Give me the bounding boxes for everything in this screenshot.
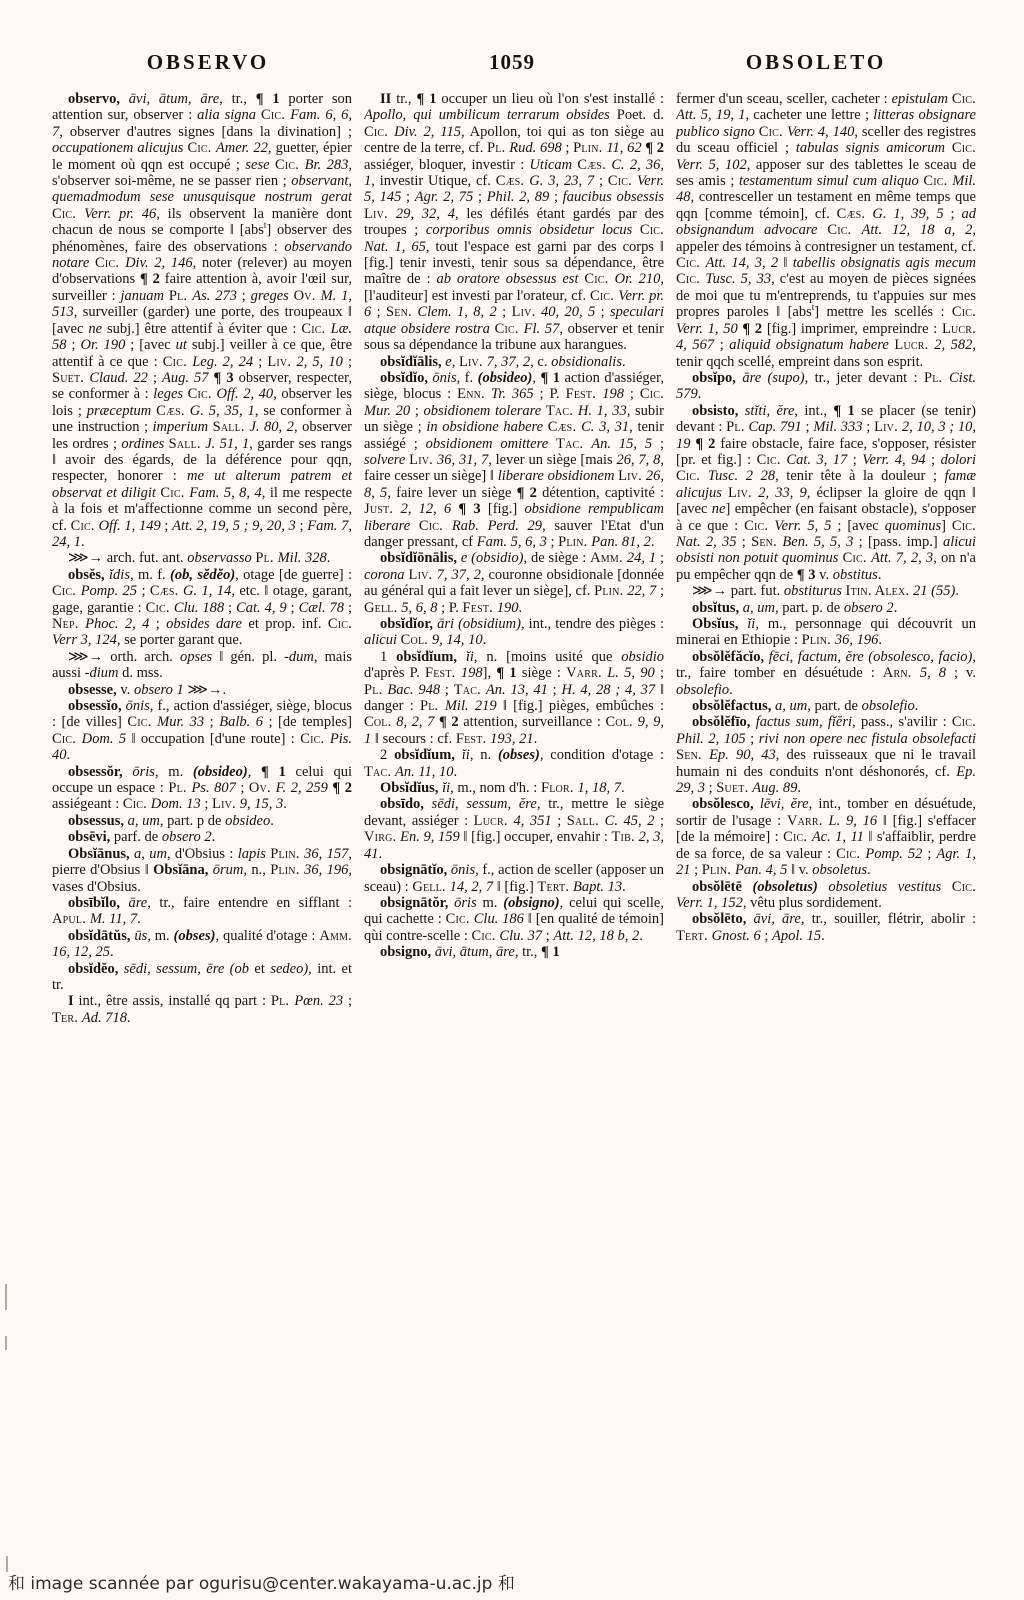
- text-segment: liberare obsidionem: [498, 468, 618, 484]
- text-segment: Sall.: [169, 436, 206, 452]
- text-segment: assiéger, bloquer, investir :: [364, 157, 529, 173]
- text-segment: Pl.: [255, 550, 277, 566]
- text-segment: obsĭtus,: [692, 600, 743, 616]
- text-segment: Nat. 2, 35: [676, 534, 737, 550]
- text-segment: .: [137, 911, 141, 927]
- text-segment: Verr. 4, 94: [862, 452, 925, 468]
- text-segment: , d'Obsius :: [167, 846, 238, 862]
- text-segment: obstiturus: [784, 583, 846, 599]
- text-segment: āri (obsidium): [437, 616, 521, 632]
- text-segment: obsolefio: [862, 698, 915, 714]
- text-segment: Cic.: [827, 222, 861, 238]
- text-segment: Uticam: [529, 157, 577, 173]
- text-segment: obsero 2: [844, 600, 894, 616]
- text-segment: Pl.: [726, 419, 748, 435]
- text-segment: 21 (55): [913, 583, 955, 599]
- text-segment: Pl.: [364, 682, 387, 698]
- text-segment: An. 13, 41: [486, 682, 548, 698]
- dictionary-entry: obsĕs, ĭdis, m. f. (ob, sĕdĕo), otage [d…: [52, 567, 352, 649]
- text-segment: ; P.: [438, 600, 463, 616]
- text-segment: [fig.]: [488, 501, 525, 517]
- text-segment: Mur. 33: [157, 714, 204, 730]
- text-segment: 7, 37, 2: [487, 354, 531, 370]
- text-segment: sēdi, sessum, ĕre: [432, 796, 537, 812]
- dictionary-entry: Obsĭānus, a, um, d'Obsius : lapis Plin. …: [52, 846, 352, 895]
- text-segment: ; [avec: [831, 518, 884, 534]
- dictionary-entry: ⋙→ arch. fut. ant. observasso Pl. Mil. 3…: [52, 550, 352, 566]
- text-segment: Apollo, qui umbilicum terrarum obsides: [364, 107, 610, 123]
- dictionary-entry: obsigno, āvi, ātum, āre, tr., ¶ 1: [364, 944, 664, 960]
- text-segment: ;: [236, 780, 249, 796]
- text-segment: obsisto,: [692, 403, 745, 419]
- text-segment: An. 11, 10: [395, 764, 454, 780]
- text-segment: Verr. 5, 102: [676, 157, 747, 173]
- text-segment: .: [878, 632, 882, 648]
- text-segment: ;: [746, 731, 759, 747]
- text-segment: Cic.: [584, 271, 614, 287]
- text-segment: obsideo: [225, 813, 270, 829]
- dictionary-entry: fermer d'un sceau, sceller, cacheter : e…: [676, 91, 976, 370]
- text-segment: obsĭpo,: [692, 370, 742, 386]
- text-segment: Lucr.: [474, 813, 514, 829]
- text-segment: Mil. 333: [813, 419, 862, 435]
- text-segment: Liv.: [409, 567, 437, 583]
- text-segment: Apul.: [52, 911, 90, 927]
- text-segment: obsĭdĭōnālis,: [380, 550, 461, 566]
- text-segment: ;: [547, 534, 558, 550]
- text-segment: occuper un lieu où l'on s'est installé :: [441, 91, 664, 107]
- text-segment: , part. p. de: [775, 600, 844, 616]
- dictionary-entry: obsignātŏr, ōris m. (obsigno), celui qui…: [364, 895, 664, 944]
- text-segment: ;: [926, 452, 941, 468]
- text-segment: .: [622, 879, 626, 895]
- text-segment: obsĭdĭor,: [380, 616, 437, 632]
- text-segment: ¶ 1: [833, 403, 861, 419]
- text-segment: ; [avec: [125, 337, 175, 353]
- dictionary-entry: obsĭdĭōnālis, e (obsidio), de siège : Am…: [364, 550, 664, 616]
- text-segment: -dum: [284, 649, 314, 665]
- text-segment: , otage [de guerre] :: [235, 567, 352, 583]
- text-segment: ¶ 3: [458, 501, 487, 517]
- text-segment: Balb. 6: [219, 714, 263, 730]
- text-segment: 36, 157: [304, 846, 348, 862]
- text-segment: L. 9, 16: [829, 813, 878, 829]
- text-segment: Tac.: [364, 764, 395, 780]
- text-segment: Liv.: [409, 452, 437, 468]
- text-segment: Pl.: [487, 140, 509, 156]
- text-segment: .: [639, 928, 643, 944]
- text-segment: , part. p de: [160, 813, 225, 829]
- text-segment: Rab. Perd. 29: [452, 518, 542, 534]
- text-segment: G. 1, 14: [183, 583, 231, 599]
- text-segment: ;: [253, 354, 267, 370]
- text-segment: Sall.: [567, 813, 605, 829]
- text-segment: Cic.: [328, 616, 352, 632]
- scan-artifact: [6, 1556, 8, 1572]
- text-segment: ōrum: [213, 862, 244, 878]
- text-segment: Cic.: [52, 206, 84, 222]
- text-segment: ;: [691, 862, 702, 878]
- text-segment: En. 9, 159: [400, 829, 460, 845]
- text-segment: Liv.: [874, 419, 902, 435]
- text-segment: Pl.: [168, 780, 191, 796]
- text-segment: fermer d'un sceau, sceller, cacheter :: [676, 91, 892, 107]
- text-segment: Cic.: [364, 124, 394, 140]
- text-segment: 2: [380, 747, 394, 763]
- text-segment: .: [915, 698, 919, 714]
- text-segment: Fest.: [566, 386, 603, 402]
- text-segment: observo,: [68, 91, 129, 107]
- text-segment: Cic.: [446, 911, 474, 927]
- text-segment: , cacheter une lettre ;: [745, 107, 873, 123]
- text-segment: ‖ [fig.]: [493, 879, 537, 895]
- text-segment: Tac.: [546, 403, 578, 419]
- text-segment: d. mss.: [118, 665, 162, 681]
- text-segment: Plin.: [558, 534, 591, 550]
- text-segment: Cic.: [952, 140, 976, 156]
- text-segment: .: [821, 928, 825, 944]
- text-segment: obsĭdĭum,: [394, 747, 462, 763]
- text-segment: obsŏlĕfactus,: [692, 698, 775, 714]
- text-segment: Fam. 5, 8, 4: [189, 485, 262, 501]
- text-segment: Cic.: [608, 173, 637, 189]
- text-segment: , qualité d'otage :: [215, 928, 319, 944]
- text-segment: ;: [802, 419, 814, 435]
- text-segment: ⋙→.: [184, 682, 226, 698]
- dictionary-entry: obsŏlĕfīo, factus sum, fĭĕri, pass., s'a…: [676, 714, 976, 796]
- text-segment: Tert.: [537, 879, 573, 895]
- text-segment: , se porter garant que.: [117, 632, 243, 648]
- text-segment: v.: [117, 682, 134, 698]
- text-segment: 16, 12, 25: [52, 944, 110, 960]
- text-segment: Or. 190: [80, 337, 125, 353]
- dictionary-entry: obsesse, v. obsero 1 ⋙→.: [52, 682, 352, 698]
- text-segment: Clu. 37: [499, 928, 542, 944]
- text-segment: ‖ occupation [d'une route] :: [126, 731, 300, 747]
- text-segment: sedeo): [270, 961, 308, 977]
- text-segment: Cap. 791: [749, 419, 802, 435]
- dictionary-entry: II tr., ¶ 1 occuper un lieu où l'on s'es…: [364, 91, 664, 354]
- text-segment: 22, 7: [627, 583, 656, 599]
- text-segment: subj.] être attentif à éviter que :: [102, 321, 301, 337]
- text-segment: Cæs.: [150, 583, 183, 599]
- text-segment: ¶ 2: [140, 271, 165, 287]
- text-segment: ⋙→ orth. arch.: [68, 649, 180, 665]
- dictionary-entry: ⋙→ part. fut. obstiturus Itin. Alex. 21 …: [676, 583, 976, 599]
- text-segment: .: [698, 386, 702, 402]
- text-segment: , tr., souiller, flétrir, abolir :: [801, 911, 976, 927]
- text-segment: Pan. 81, 2: [591, 534, 651, 550]
- text-segment: Cic.: [163, 354, 192, 370]
- text-segment: obsessĭo,: [68, 698, 126, 714]
- text-segment: ne: [88, 321, 102, 337]
- text-segment: ;: [652, 436, 664, 452]
- text-segment: obsībĭlo,: [68, 895, 128, 911]
- text-segment: āvi, ātum, āre: [435, 944, 515, 960]
- dictionary-entry: obsŏlesco, lēvi, ĕre, int., tomber en dé…: [676, 796, 976, 878]
- text-segment: ;: [552, 813, 567, 829]
- text-segment: ;: [656, 583, 664, 599]
- text-segment: obsidionalis: [551, 354, 622, 370]
- text-segment: ,: [248, 764, 261, 780]
- text-segment: ordines: [121, 436, 168, 452]
- text-segment: , condition d'otage :: [540, 747, 664, 763]
- text-segment: Col.: [605, 714, 637, 730]
- text-segment: Cic.: [123, 796, 151, 812]
- text-segment: Cic.: [301, 321, 330, 337]
- text-segment: Plin.: [702, 862, 735, 878]
- text-segment: ¶ 2: [645, 140, 664, 156]
- text-segment: Rud. 698: [509, 140, 561, 156]
- text-segment: Fl. 57: [524, 321, 560, 337]
- text-segment: Dom. 13: [151, 796, 201, 812]
- text-segment: Obsĭdĭus,: [380, 780, 442, 796]
- text-segment: greges: [251, 288, 294, 304]
- text-segment: Varr.: [787, 813, 829, 829]
- text-segment: G. 1, 39, 5: [872, 206, 943, 222]
- text-segment: Mil. 219: [445, 698, 497, 714]
- text-segment: ;: [562, 140, 573, 156]
- text-segment: Phil. 2, 105: [676, 731, 746, 747]
- text-segment: Div. 2, 146: [125, 255, 193, 271]
- text-segment: Liv.: [618, 468, 646, 484]
- text-segment: alia signa: [197, 107, 261, 123]
- text-segment: 190: [497, 600, 519, 616]
- text-segment: 4, 567: [676, 337, 714, 353]
- text-segment: Cic.: [419, 518, 452, 534]
- text-segment: ;: [410, 403, 423, 419]
- text-segment: Pomp. 25: [81, 583, 137, 599]
- text-segment: Att. 5, 19, 1: [676, 107, 745, 123]
- text-segment: ‖ secours : cf.: [371, 731, 456, 747]
- text-segment: , observer d'autres signes [dans la divi…: [59, 124, 352, 140]
- text-segment: 193, 21: [490, 731, 534, 747]
- text-segment: lēvi, ĕre: [760, 796, 809, 812]
- text-segment: , faire lever un siège: [387, 485, 516, 501]
- text-segment: Ov.: [294, 288, 321, 304]
- text-segment: obsĭdĭo,: [380, 370, 432, 386]
- text-segment: obsero 2: [162, 829, 212, 845]
- dictionary-entry: obsisto, stĭti, ĕre, int., ¶ 1 se placer…: [676, 403, 976, 583]
- text-segment: 1, 18, 7: [577, 780, 621, 796]
- text-segment: J. 80, 2: [249, 419, 293, 435]
- scan-artifact: [5, 1284, 7, 1310]
- text-segment: Cic.: [640, 386, 664, 402]
- text-segment: int., être assis, installé qq part :: [74, 993, 271, 1009]
- text-segment: ;: [224, 600, 236, 616]
- text-segment: (obses): [498, 747, 540, 763]
- text-segment: ‖: [778, 255, 793, 271]
- text-segment: Fest.: [463, 600, 497, 616]
- text-segment: ;: [654, 813, 664, 829]
- text-segment: Cic.: [275, 157, 305, 173]
- dictionary-entry: obsĭpo, āre (supo), tr., jeter devant : …: [676, 370, 976, 403]
- text-segment: 11, 62: [606, 140, 641, 156]
- text-segment: obsĭdĕo,: [68, 961, 124, 977]
- text-segment: , m. f.: [130, 567, 170, 583]
- text-segment: 198: [602, 386, 624, 402]
- text-segment: Or. 210: [615, 271, 661, 287]
- text-segment: Tac.: [454, 682, 486, 698]
- text-segment: ‖ v.: [787, 862, 812, 878]
- text-segment: ūs: [134, 928, 147, 944]
- text-segment: ut: [176, 337, 187, 353]
- text-segment: ;: [344, 600, 352, 616]
- text-segment: ¶ 2: [695, 436, 720, 452]
- dictionary-entry: obsessŏr, ōris, m. (obsideo), ¶ 1 celui …: [52, 764, 352, 813]
- text-segment: Clu. 186: [474, 911, 524, 927]
- page-header: OBSERVO 1059 OBSOLETO: [0, 0, 1024, 75]
- text-segment: , int.,: [794, 403, 833, 419]
- text-segment: Tr. 365: [491, 386, 534, 402]
- text-segment: attention, surveillance :: [463, 714, 605, 730]
- text-segment: faucibus obsessis: [563, 189, 664, 205]
- text-segment: ;: [549, 189, 562, 205]
- text-segment: Poet. d.: [610, 107, 664, 123]
- text-segment: , part. de: [807, 698, 861, 714]
- text-segment: obsĭdĭum,: [396, 649, 466, 665]
- text-segment: , tr.,: [515, 944, 541, 960]
- text-segment: Cic.: [52, 731, 82, 747]
- text-segment: obsoletus: [812, 862, 867, 878]
- text-segment: tabulas signis amicorum: [796, 140, 952, 156]
- text-segment: ;: [847, 452, 862, 468]
- text-segment: Cic.: [261, 107, 290, 123]
- text-segment: ōris: [132, 764, 155, 780]
- text-segment: ōnis: [126, 698, 150, 714]
- text-segment: Leg. 2, 24: [192, 354, 253, 370]
- text-segment: 26, 7, 8: [616, 452, 660, 468]
- text-segment: obsolefio: [676, 682, 729, 698]
- text-segment: , de siège :: [524, 550, 591, 566]
- text-segment: ;: [201, 796, 212, 812]
- text-segment: Pl.: [420, 698, 445, 714]
- text-segment: Itin. Alex.: [846, 583, 914, 599]
- text-segment: obsessus,: [68, 813, 128, 829]
- text-segment: Cic.: [95, 255, 125, 271]
- text-segment: ¶ 2: [332, 780, 352, 796]
- text-segment: (obsigno): [503, 895, 559, 911]
- text-segment: Cic.: [300, 731, 330, 747]
- text-segment: Tusc. 5, 33: [705, 271, 771, 287]
- text-segment: imperium: [153, 419, 213, 435]
- text-segment: Plin.: [573, 140, 606, 156]
- text-segment: Tib.: [611, 829, 638, 845]
- text-segment: II: [380, 91, 391, 107]
- text-segment: 29, 32, 4: [396, 206, 455, 222]
- text-segment: Pl.: [169, 288, 192, 304]
- text-segment: epistulam: [892, 91, 952, 107]
- text-segment: Ac. 1, 11: [812, 829, 864, 845]
- text-segment: ‖ gén. pl.: [212, 649, 284, 665]
- text-segment: ab oratore obsessus est: [436, 271, 584, 287]
- text-segment: obsŏlĕfīo,: [692, 714, 756, 730]
- text-segment: ,: [452, 354, 459, 370]
- text-segment: aliquid obsignatum habere: [729, 337, 894, 353]
- text-segment: Cic.: [676, 271, 705, 287]
- text-segment: ;: [761, 928, 772, 944]
- text-segment: Flor.: [541, 780, 578, 796]
- text-segment: corona: [364, 567, 409, 583]
- text-segment: Liv.: [459, 354, 487, 370]
- text-segment: a, um: [128, 813, 160, 829]
- text-segment: tr.,: [391, 91, 416, 107]
- dictionary-entry: Obsĭdĭus, ĭi, m., nom d'h. : Flor. 1, 18…: [364, 780, 664, 796]
- text-segment: Cæs.: [156, 403, 190, 419]
- text-segment: et: [249, 961, 270, 977]
- text-segment: in obsidione habere: [426, 419, 547, 435]
- text-segment: Gnost. 6: [712, 928, 761, 944]
- text-segment: (obsideo): [193, 764, 248, 780]
- text-segment: Pl.: [271, 993, 294, 1009]
- text-segment: Phoc. 2, 4: [85, 616, 149, 632]
- text-segment: Enn.: [457, 386, 491, 402]
- text-segment: ;: [595, 304, 610, 320]
- text-segment: leges: [153, 386, 187, 402]
- text-segment: ōnis: [451, 862, 475, 878]
- text-segment: [fig.] imprimer, empreindre :: [767, 321, 942, 337]
- dictionary-entry: 2 obsĭdĭum, ĭi, n. (obses), condition d'…: [364, 747, 664, 780]
- text-segment: Off. 2, 40: [217, 386, 274, 402]
- dictionary-entry: obsēvi, parf. de obsero 2.: [52, 829, 352, 845]
- text-segment: Clem. 1, 8, 2: [417, 304, 496, 320]
- text-segment: , tr.,: [219, 91, 256, 107]
- text-segment: præceptum: [87, 403, 156, 419]
- text-segment: ⋙→ arch. fut. ant.: [68, 550, 187, 566]
- text-segment: obsidionem omittere: [426, 436, 556, 452]
- text-segment: ĭi: [442, 780, 450, 796]
- text-segment: Cic.: [590, 288, 618, 304]
- text-segment: 5, 8: [920, 665, 946, 681]
- text-segment: ;: [440, 682, 454, 698]
- text-segment: ;: [67, 337, 81, 353]
- text-segment: Col.: [364, 714, 396, 730]
- text-segment: ¶ 2: [439, 714, 463, 730]
- text-segment: ne: [712, 501, 726, 517]
- text-segment: Fest.: [425, 665, 461, 681]
- text-segment: ;: [161, 518, 172, 534]
- text-segment: Cic.: [744, 518, 774, 534]
- scan-credit: 和 image scannée par ogurisu@center.wakay…: [8, 1569, 515, 1594]
- text-segment: .: [127, 1010, 131, 1026]
- text-segment: ;: [371, 304, 386, 320]
- text-segment: fēci, factum, ĕre (obsolesco, facio): [769, 649, 973, 665]
- text-segment: Ter.: [52, 1010, 82, 1026]
- text-segment: Cic.: [52, 583, 81, 599]
- text-segment: Amm.: [319, 928, 352, 944]
- text-segment: 40, 20, 5: [541, 304, 595, 320]
- text-segment: Agr. 2, 75: [415, 189, 474, 205]
- text-segment: .: [483, 632, 487, 648]
- text-segment: ] mettre les scellés :: [814, 304, 952, 320]
- text-segment: 2, 582: [934, 337, 972, 353]
- text-segment: sese: [245, 157, 275, 173]
- text-segment: ;: [922, 846, 936, 862]
- text-segment: ;: [343, 354, 352, 370]
- text-segment: ;: [655, 665, 664, 681]
- text-segment: Verr. 1, 50: [676, 321, 738, 337]
- dictionary-entry: obsŏlĕfactus, a, um, part. de obsolefio.: [676, 698, 976, 714]
- text-segment: Dom. 5: [82, 731, 126, 747]
- dictionary-entry: obsībĭlo, āre, tr., faire entendre en si…: [52, 895, 352, 928]
- text-segment: parf. de: [110, 829, 162, 845]
- text-segment: Virg.: [364, 829, 400, 845]
- text-segment: Plin.: [594, 583, 627, 599]
- text-segment: corporibus omnis obsidetur locus: [426, 222, 640, 238]
- text-segment: januam: [120, 288, 168, 304]
- text-segment: opses: [180, 649, 212, 665]
- text-segment: v.: [819, 567, 833, 583]
